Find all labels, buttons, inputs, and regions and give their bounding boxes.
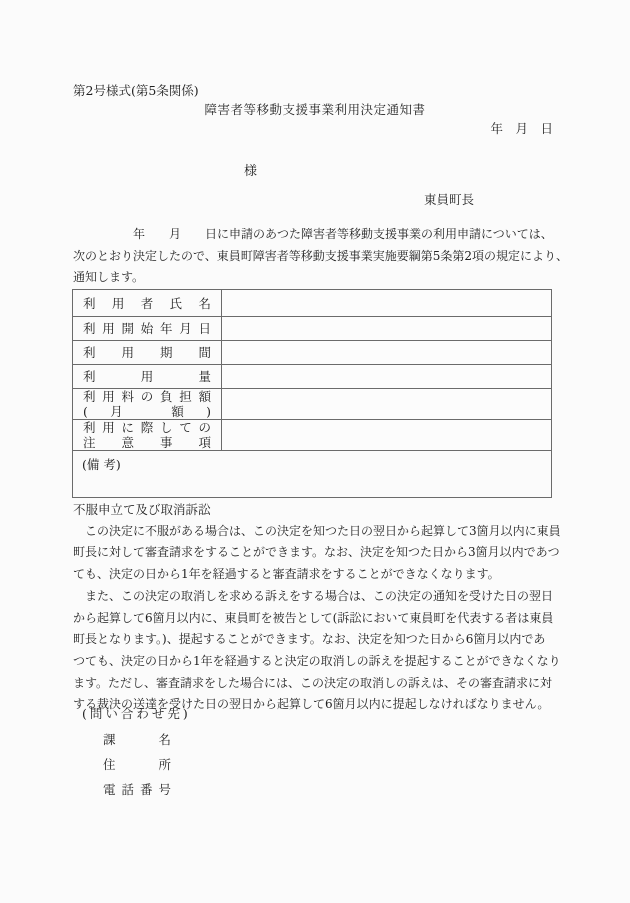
contact-label-address: 住 所 <box>103 755 171 773</box>
decision-details-table: 利 用 者 氏 名 利 用 開 始 年 月 日 利 用 期 間 利 用 量 利 … <box>72 289 552 498</box>
intro-paragraph: 年 月 日に申請のあつた障害者等移動支援事業の利用申請については、 次のとおり決… <box>73 224 565 289</box>
row-value-use-amount <box>222 365 552 389</box>
row-label-user-name: 利 用 者 氏 名 <box>73 290 222 317</box>
contact-item-address: 住 所 <box>103 755 191 780</box>
form-number: 第2号様式(第5条関係) <box>73 81 199 99</box>
row-value-start-date <box>222 317 552 341</box>
row-value-user-name <box>222 290 552 317</box>
document-page: 第2号様式(第5条関係) 障害者等移動支援事業利用決定通知書 年 月 日 様 東… <box>0 0 630 903</box>
row-value-fee-burden <box>222 389 552 420</box>
contact-section: (問い合わせ先) 課 名 住 所 電 話 番 号 <box>82 704 191 805</box>
table-row-user-name: 利 用 者 氏 名 <box>73 290 552 317</box>
remarks-cell: (備 考) <box>73 451 552 498</box>
contact-heading: (問い合わせ先) <box>82 704 191 730</box>
appeal-paragraph-review-request: この決定に不服がある場合は、この決定を知つた日の翌日から起算して3箇月以内に東員… <box>73 521 567 586</box>
table-row-fee-burden: 利 用 料 の 負 担 額 (月 額) <box>73 389 552 420</box>
table-row-usage-notes: 利 用 に 際 し て の 注 意 事 項 <box>73 420 552 451</box>
recipient-honorific: 様 <box>244 160 257 179</box>
row-label-usage-notes: 利 用 に 際 し て の 注 意 事 項 <box>73 420 222 451</box>
contact-label-department-name: 課 名 <box>103 730 171 748</box>
row-value-usage-notes <box>222 420 552 451</box>
row-label-start-date: 利 用 開 始 年 月 日 <box>73 317 222 341</box>
row-label-use-period: 利 用 期 間 <box>73 341 222 365</box>
table-row-remarks: (備 考) <box>73 451 552 498</box>
contact-label-phone-number: 電 話 番 号 <box>103 780 171 798</box>
table-row-use-amount: 利 用 量 <box>73 365 552 389</box>
row-label-use-amount: 利 用 量 <box>73 365 222 389</box>
contact-item-phone: 電 話 番 号 <box>103 780 191 805</box>
issuer-name: 東員町長 <box>424 190 474 208</box>
page-title: 障害者等移動支援事業利用決定通知書 <box>0 100 630 118</box>
appeal-paragraph-revocation-suit: また、この決定の取消しを求める訴えをする場合は、この決定の通知を受けた日の翌日 … <box>73 586 567 716</box>
row-label-fee-burden: 利 用 料 の 負 担 額 (月 額) <box>73 389 222 420</box>
row-value-use-period <box>222 341 552 365</box>
contact-item-department: 課 名 <box>103 730 191 755</box>
date-placeholder: 年 月 日 <box>490 119 553 137</box>
appeal-section: 不服申立て及び取消訴訟 この決定に不服がある場合は、この決定を知つた日の翌日から… <box>73 499 567 716</box>
table-row-start-date: 利 用 開 始 年 月 日 <box>73 317 552 341</box>
appeal-heading: 不服申立て及び取消訴訟 <box>73 499 567 521</box>
table-row-use-period: 利 用 期 間 <box>73 341 552 365</box>
